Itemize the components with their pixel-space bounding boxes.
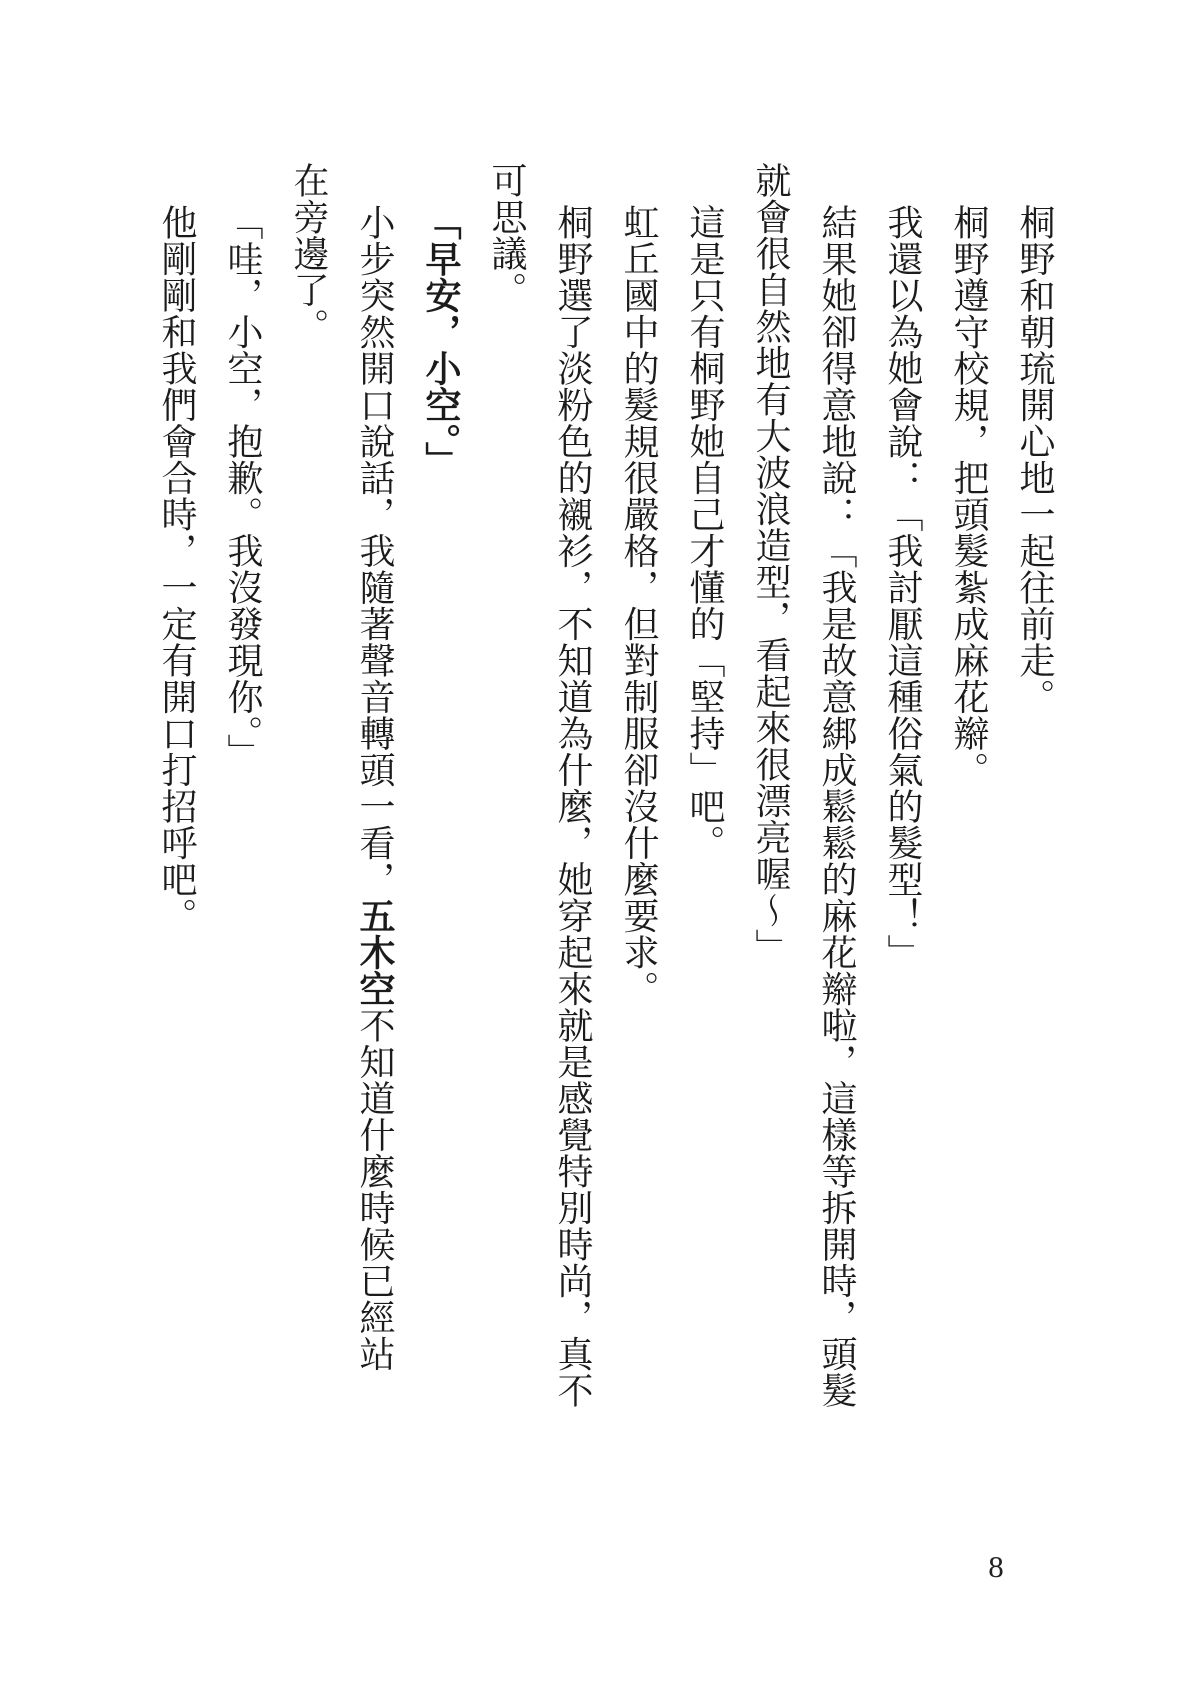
line-segment: 小步突然開口說話，我隨著聲音轉頭一看， [355, 204, 395, 898]
paragraph-continuation-line: 可思議。 [474, 162, 540, 1407]
paragraph-line: 桐野和朝琉開心地一起往前走。 [1002, 162, 1068, 1407]
dialogue-line: 「哇，小空，抱歉。我沒發現你。」 [210, 162, 276, 1407]
paragraph-line: 小步突然開口說話，我隨著聲音轉頭一看，五木空不知道什麼時候已經站 [342, 162, 408, 1407]
paragraph-line: 他剛剛和我們會合時，一定有開口打招呼吧。 [144, 162, 210, 1407]
dialogue-line-emphasized: 「早安，小空。」 [408, 162, 474, 1407]
vertical-text-block: 桐野和朝琉開心地一起往前走。 桐野遵守校規，把頭髮紮成麻花辮。 我還以為她會說：… [144, 162, 1068, 1407]
paragraph-line: 這是只有桐野她自己才懂的「堅持」吧。 [672, 162, 738, 1407]
line-segment: 不知道什麼時候已經站 [355, 1007, 395, 1372]
paragraph-line: 桐野遵守校規，把頭髮紮成麻花辮。 [936, 162, 1002, 1407]
page-number: 8 [966, 1549, 1026, 1585]
paragraph-line: 桐野選了淡粉色的襯衫，不知道為什麼，她穿起來就是感覺特別時尚，真不 [540, 162, 606, 1407]
paragraph-line: 結果她卻得意地說：「我是故意綁成鬆鬆的麻花辮啦，這樣等拆開時，頭髮 [804, 162, 870, 1407]
paragraph-continuation-line: 在旁邊了。 [276, 162, 342, 1407]
paragraph-continuation-line: 就會很自然地有大波浪造型，看起來很漂亮喔～」 [738, 162, 804, 1407]
paragraph-line: 我還以為她會說：「我討厭這種俗氣的髮型！」 [870, 162, 936, 1407]
character-name-emphasis: 五木空 [355, 898, 395, 1008]
book-page: 桐野和朝琉開心地一起往前走。 桐野遵守校規，把頭髮紮成麻花辮。 我還以為她會說：… [0, 0, 1200, 1707]
paragraph-line: 虹丘國中的髮規很嚴格，但對制服卻沒什麼要求。 [606, 162, 672, 1407]
